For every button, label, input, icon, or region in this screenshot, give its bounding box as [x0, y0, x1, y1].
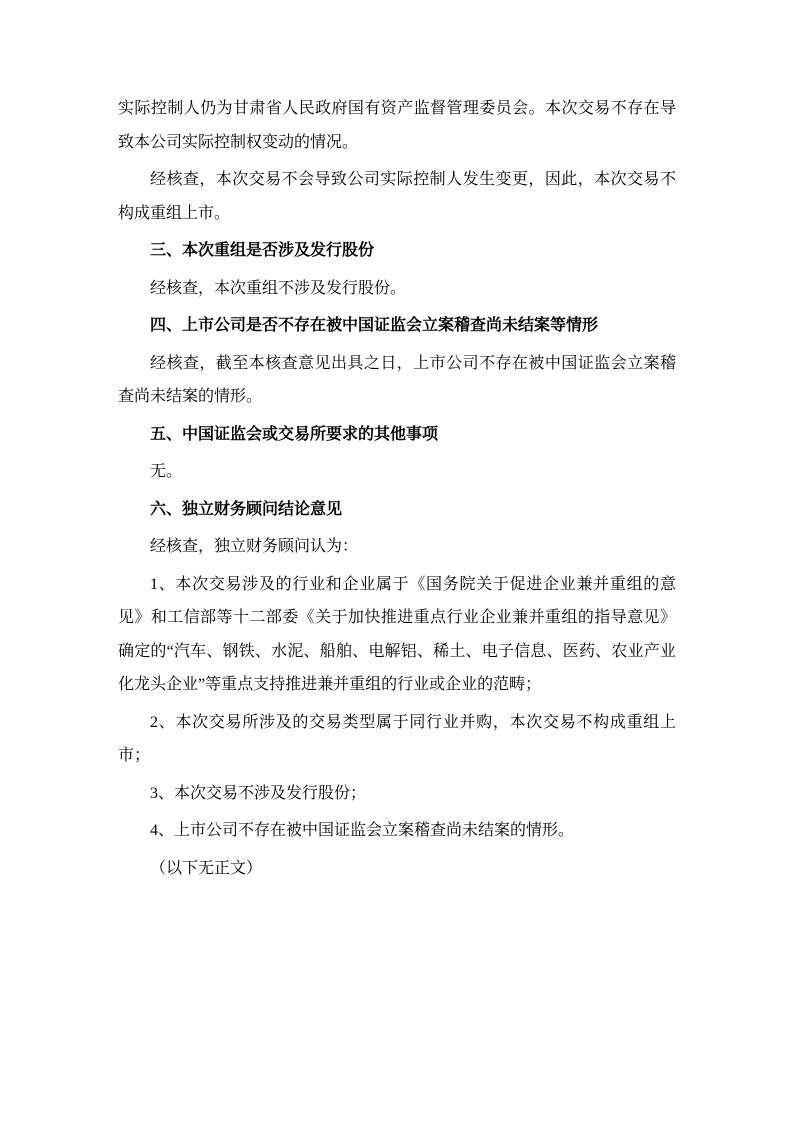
heading-section-three: 三、本次重组是否涉及发行股份	[118, 234, 676, 268]
note-no-more-text: （以下无正文）	[118, 852, 676, 886]
opinion-item-4: 4、上市公司不存在被中国证监会立案稽查尚未结案的情形。	[118, 814, 676, 848]
para-no-reorg-listing: 经核查，本次交易不会导致公司实际控制人发生变更，因此，本次交易不构成重组上市。	[118, 163, 676, 230]
para-actual-controller-continuation: 实际控制人仍为甘肃省人民政府国有资产监督管理委员会。本次交易不存在导致本公司实际…	[118, 92, 676, 159]
document-body: 实际控制人仍为甘肃省人民政府国有资产监督管理委员会。本次交易不存在导致本公司实际…	[118, 92, 676, 885]
para-advisor-opinion-intro: 经核查，独立财务顾问认为：	[118, 530, 676, 564]
document-page: 实际控制人仍为甘肃省人民政府国有资产监督管理委员会。本次交易不存在导致本公司实际…	[0, 0, 793, 1122]
para-section-four-finding: 经核查，截至本核查意见出具之日，上市公司不存在被中国证监会立案稽查尚未结案的情形…	[118, 347, 676, 414]
opinion-item-2: 2、本次交易所涉及的交易类型属于同行业并购，本次交易不构成重组上市；	[118, 706, 676, 773]
para-section-three-finding: 经核查，本次重组不涉及发行股份。	[118, 272, 676, 306]
heading-section-four: 四、上市公司是否不存在被中国证监会立案稽查尚未结案等情形	[118, 309, 676, 343]
opinion-item-1: 1、本次交易涉及的行业和企业属于《国务院关于促进企业兼并重组的意见》和工信部等十…	[118, 568, 676, 702]
heading-section-five: 五、中国证监会或交易所要求的其他事项	[118, 418, 676, 452]
para-section-five-none: 无。	[118, 455, 676, 489]
opinion-item-3: 3、本次交易不涉及发行股份；	[118, 777, 676, 811]
heading-section-six: 六、独立财务顾问结论意见	[118, 493, 676, 527]
